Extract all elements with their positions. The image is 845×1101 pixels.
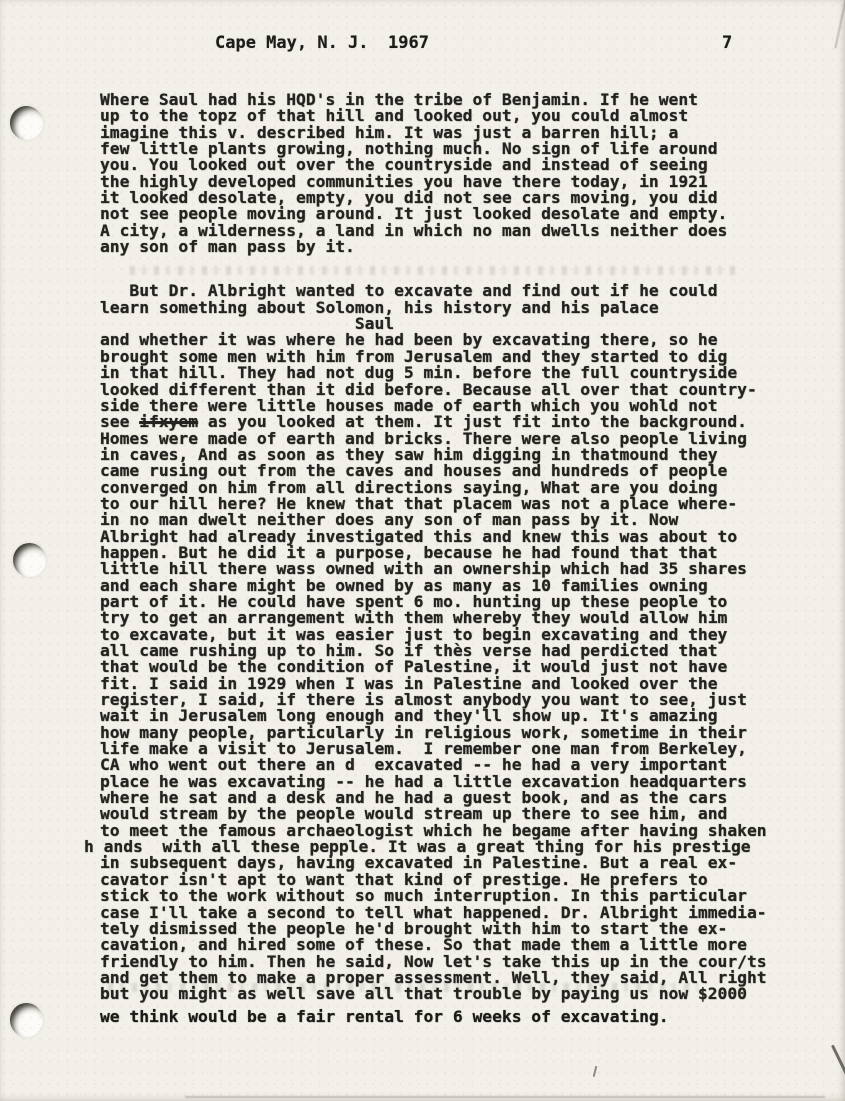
header-location: Cape May, N. J. [215,33,369,53]
text-line: but you might as well save all that trou… [100,986,767,1002]
paragraph: Where Saul had his HQD's in the tribe of… [100,92,767,255]
paragraph: But Dr. Albright wanted to excavate and … [100,283,767,1024]
punch-hole [10,1003,43,1037]
body-text: Where Saul had his HQD's in the tribe of… [100,92,767,1025]
punch-hole [13,543,46,577]
document-page: { "header": { "location": "Cape May, N. … [0,0,845,1101]
page-number: 7 [722,33,732,53]
scan-mark [593,1066,598,1077]
punch-hole [8,104,45,142]
scan-artifact-top-right [834,0,845,49]
text-line: any son of man pass by it. [100,239,767,255]
scan-artifact-bottom-right [831,1044,845,1083]
text-line: we think would be a fair rental for 6 we… [100,1009,767,1025]
header-year: 1967 [388,33,429,53]
scan-artifact-bottom-edge [185,1096,825,1098]
